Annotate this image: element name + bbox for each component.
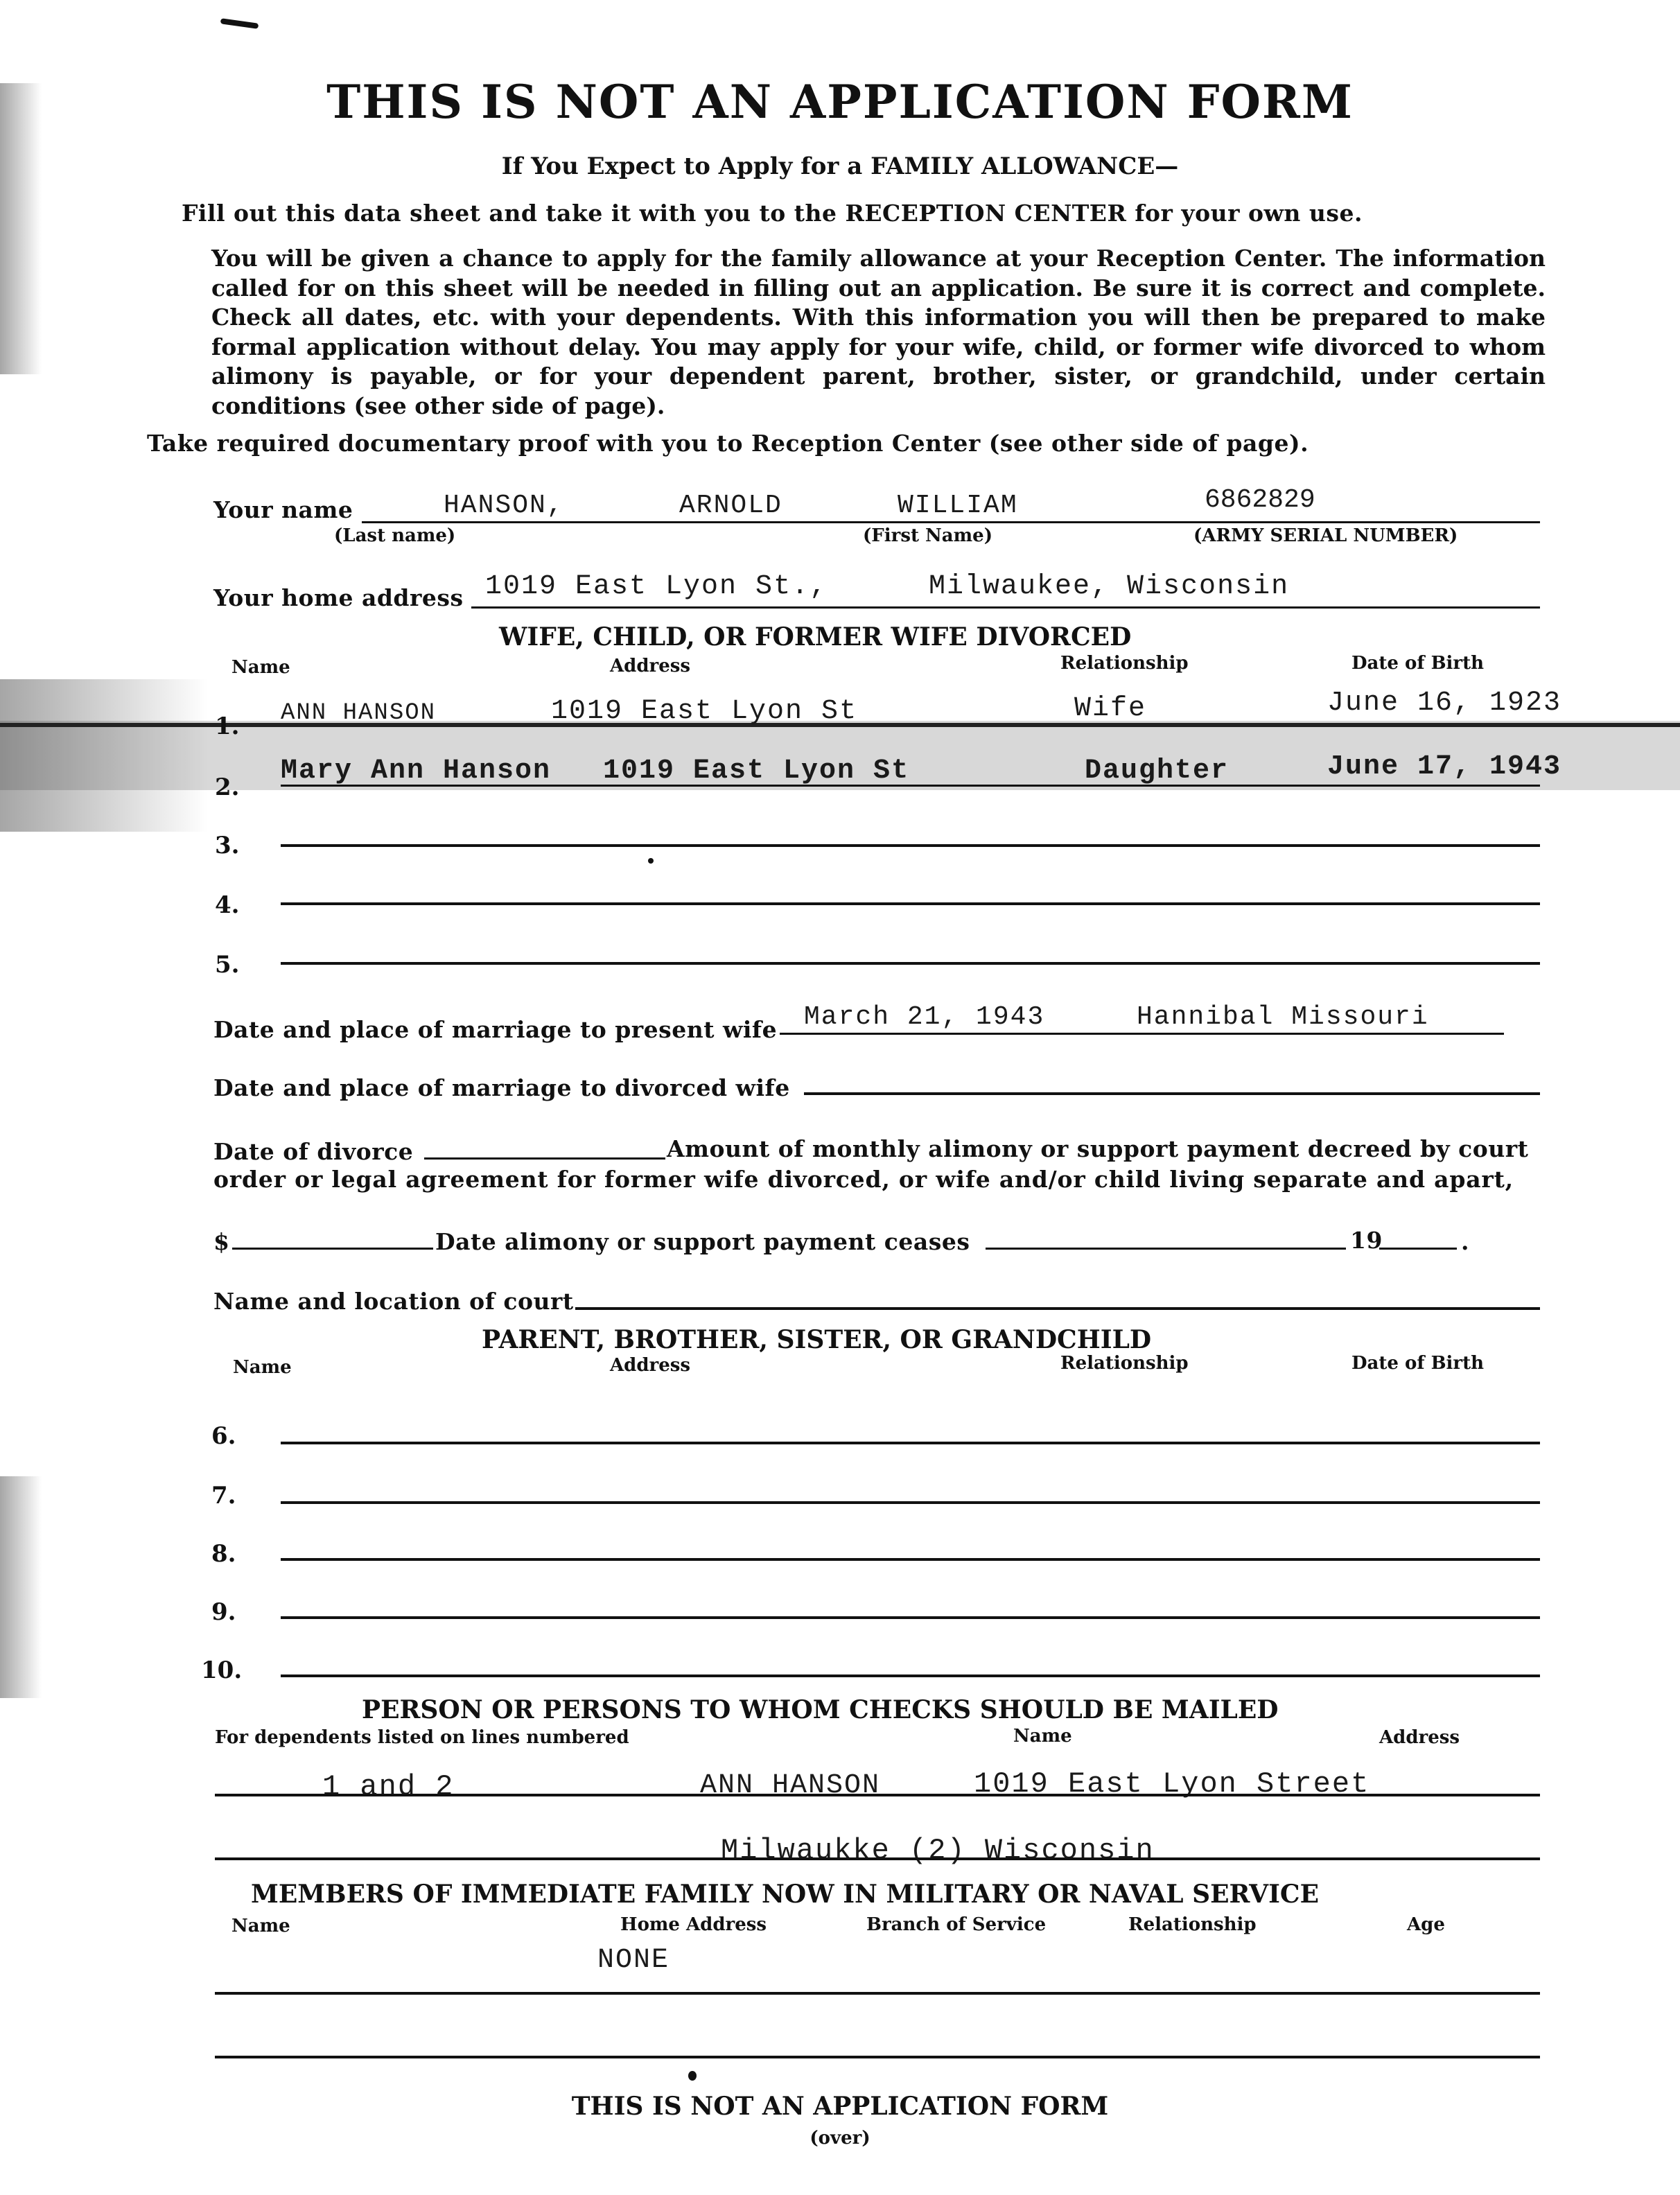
row2-name[interactable]: Mary Ann Hanson: [281, 755, 551, 787]
proof-note: Take required documentary proof with you…: [147, 430, 1309, 457]
row5-line[interactable]: [281, 962, 1540, 965]
footer-over: (over): [0, 2128, 1680, 2149]
scan-edge-shadow-lower: [0, 1476, 42, 1698]
checks-lines-value[interactable]: 1 and 2: [322, 1770, 454, 1803]
parent-col-relationship: Relationship: [1060, 1353, 1189, 1374]
marriage-present-line: [780, 1033, 1504, 1035]
row1-dob[interactable]: June 16, 1923: [1327, 688, 1561, 719]
wife-section-heading: WIFE, CHILD, OR FORMER WIFE DIVORCED: [499, 622, 1131, 651]
page-title: THIS IS NOT AN APPLICATION FORM: [0, 75, 1680, 129]
instruction-paragraph: You will be given a chance to apply for …: [211, 244, 1546, 421]
military-col-name: Name: [231, 1916, 290, 1936]
stray-dot-footer: [688, 2071, 697, 2081]
row9-line[interactable]: [281, 1616, 1540, 1619]
subtitle: If You Expect to Apply for a FAMILY ALLO…: [0, 152, 1680, 180]
row-number-1: 1.: [215, 712, 240, 740]
ceases-period: .: [1461, 1228, 1469, 1255]
ceases-year-line[interactable]: [1379, 1248, 1457, 1250]
parent-col-dob: Date of Birth: [1351, 1353, 1484, 1374]
military-col-branch: Branch of Service: [866, 1914, 1046, 1935]
your-name-line: [362, 521, 1540, 523]
row-number-4: 4.: [215, 891, 240, 919]
serial-number-value[interactable]: 6862829: [1205, 485, 1315, 515]
footer-title: THIS IS NOT AN APPLICATION FORM: [0, 2092, 1680, 2121]
instruction-line: Fill out this data sheet and take it wit…: [182, 200, 1363, 227]
wife-col-relationship: Relationship: [1060, 653, 1189, 674]
military-line-1[interactable]: [215, 1992, 1540, 1995]
last-name-caption: (Last name): [334, 525, 455, 546]
row1-address[interactable]: 1019 East Lyon St: [551, 696, 857, 727]
row10-line[interactable]: [281, 1674, 1540, 1677]
first-name-value[interactable]: ARNOLD: [679, 491, 782, 521]
parent-col-address: Address: [610, 1355, 690, 1376]
checks-line-1: [215, 1794, 1540, 1796]
court-line[interactable]: [575, 1307, 1540, 1310]
stray-dot: [648, 858, 654, 864]
ceases-label: Date alimony or support payment ceases: [435, 1228, 970, 1255]
military-entry-none[interactable]: NONE: [597, 1945, 670, 1976]
row2-relationship[interactable]: Daughter: [1085, 755, 1229, 787]
row-number-2: 2.: [215, 773, 240, 801]
row-number-9: 9.: [211, 1598, 236, 1626]
row7-line[interactable]: [281, 1501, 1540, 1504]
wife-col-dob: Date of Birth: [1351, 653, 1484, 674]
row-number-8: 8.: [211, 1540, 236, 1568]
home-address-line: [471, 606, 1540, 609]
stray-mark: [220, 18, 259, 29]
row-number-7: 7.: [211, 1482, 236, 1510]
marriage-present-label: Date and place of marriage to present wi…: [213, 1016, 777, 1043]
ceases-date-line[interactable]: [986, 1248, 1346, 1250]
checks-name-value[interactable]: ANN HANSON: [700, 1770, 880, 1801]
checks-address-line2[interactable]: Milwaukke (2) Wisconsin: [721, 1834, 1155, 1867]
military-col-age: Age: [1407, 1914, 1445, 1935]
checks-lines-label: For dependents listed on lines numbered: [215, 1727, 629, 1748]
row3-line[interactable]: [281, 844, 1540, 847]
row2-dob[interactable]: June 17, 1943: [1327, 751, 1561, 782]
first-name-caption: (First Name): [863, 525, 992, 546]
middle-name-value[interactable]: WILLIAM: [898, 491, 1018, 521]
serial-caption: (ARMY SERIAL NUMBER): [1193, 525, 1458, 546]
wife-col-address: Address: [610, 656, 690, 676]
home-address-label: Your home address: [213, 584, 464, 611]
wife-col-name: Name: [231, 657, 290, 678]
row-number-5: 5.: [215, 951, 240, 979]
home-address-city[interactable]: Milwaukee, Wisconsin: [929, 571, 1289, 602]
your-name-label: Your name: [213, 496, 353, 523]
military-section-heading: MEMBERS OF IMMEDIATE FAMILY NOW IN MILIT…: [251, 1880, 1319, 1909]
row-number-3: 3.: [215, 832, 240, 859]
row2-address[interactable]: 1019 East Lyon St: [603, 755, 909, 787]
divorce-date-label: Date of divorce: [213, 1138, 413, 1165]
alimony-text-line2: order or legal agreement for former wife…: [213, 1166, 1514, 1193]
row1-relationship[interactable]: Wife: [1074, 693, 1146, 724]
checks-address-col: Address: [1379, 1727, 1460, 1748]
row8-line[interactable]: [281, 1558, 1540, 1561]
row-number-10: 10.: [201, 1656, 242, 1684]
home-address-street[interactable]: 1019 East Lyon St.,: [485, 571, 828, 602]
row-number-6: 6.: [211, 1422, 236, 1450]
marriage-present-date[interactable]: March 21, 1943: [804, 1002, 1044, 1032]
row6-line[interactable]: [281, 1442, 1540, 1444]
military-col-home-address: Home Address: [620, 1914, 767, 1935]
marriage-divorced-line[interactable]: [804, 1092, 1540, 1095]
military-col-relationship: Relationship: [1128, 1914, 1257, 1935]
dollar-sign: $: [213, 1228, 229, 1255]
checks-name-col: Name: [1013, 1726, 1072, 1747]
alimony-text-line1: Amount of monthly alimony or support pay…: [667, 1135, 1528, 1162]
row4-line[interactable]: [281, 902, 1540, 905]
row1-name[interactable]: ANN HANSON: [281, 700, 436, 726]
marriage-divorced-label: Date and place of marriage to divorced w…: [213, 1074, 790, 1101]
ceases-year-prefix: 19: [1350, 1227, 1383, 1254]
court-label: Name and location of court: [213, 1288, 574, 1315]
marriage-present-place[interactable]: Hannibal Missouri: [1137, 1002, 1429, 1032]
checks-section-heading: PERSON OR PERSONS TO WHOM CHECKS SHOULD …: [362, 1695, 1279, 1724]
amount-line[interactable]: [232, 1248, 433, 1250]
checks-line-2: [215, 1857, 1540, 1860]
military-line-2[interactable]: [215, 2056, 1540, 2058]
last-name-value[interactable]: HANSON,: [444, 491, 564, 521]
parent-section-heading: PARENT, BROTHER, SISTER, OR GRANDCHILD: [482, 1325, 1151, 1354]
divorce-date-line[interactable]: [424, 1157, 665, 1160]
parent-col-name: Name: [233, 1357, 292, 1378]
